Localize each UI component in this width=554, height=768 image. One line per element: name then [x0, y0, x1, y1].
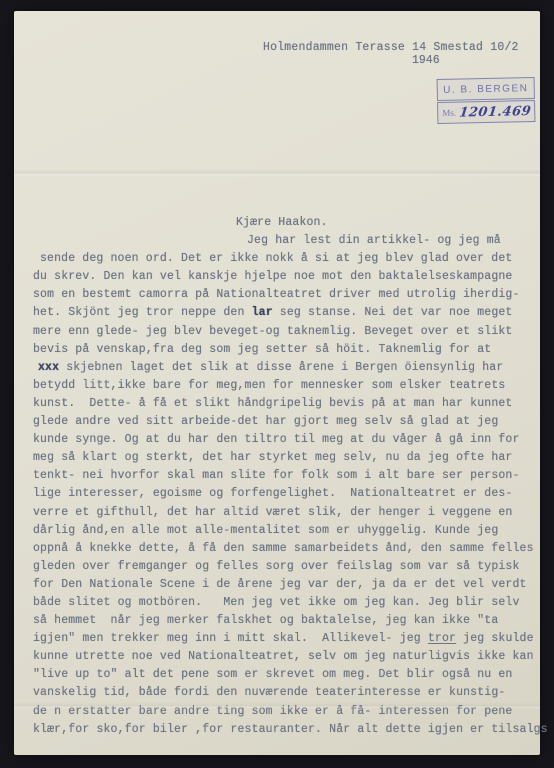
- letter-line-segment: verre et gifthull, det har altid været s…: [33, 506, 512, 519]
- letter-line-segment: kunne utrette noe ved Nationalteatret, s…: [33, 650, 534, 663]
- letter-line-segment: gleden over fremganger og felles sorg ov…: [33, 560, 520, 573]
- letter-line-segment: lige interesser, egoisme og forfengeligh…: [33, 487, 512, 500]
- letter-line: de n erstatter bare andre ting som ikke …: [33, 703, 528, 721]
- library-stamp: U. B. BERGEN Ms. 1201.469: [437, 77, 536, 124]
- stamp-ms-label: Ms.: [442, 108, 456, 118]
- letter-line-segment: skjebnen laget det slik at disse årene i…: [59, 361, 503, 374]
- letter-line-segment: mere enn glede- jeg blev beveget-og takn…: [33, 325, 512, 338]
- stamp-library-name: U. B. BERGEN: [443, 83, 528, 96]
- letter-line: kunde synge. Og at du har den tiltro til…: [33, 431, 528, 449]
- letter-line: igjen" men trekker meg inn i mitt skal. …: [33, 630, 528, 648]
- letter-line: gleden over fremganger og felles sorg ov…: [33, 558, 528, 576]
- letter-line-segment-underline: tror: [428, 632, 456, 645]
- letterhead-address: Holmendammen Terasse 14 Smestad 10/2: [263, 41, 519, 54]
- letter-line-segment: sende deg noen ord. Det er ikke nokk å s…: [40, 252, 512, 265]
- letter-line: glede andre ved sitt arbeide-det har gjo…: [33, 413, 528, 431]
- stamp-ms-box: Ms. 1201.469: [437, 100, 535, 124]
- letter-line-segment: både slitet og motbören. Men jeg vet ikk…: [33, 596, 520, 609]
- letter-line: lige interesser, egoisme og forfengeligh…: [33, 485, 528, 503]
- letter-line-segment: de n erstatter bare andre ting som ikke …: [33, 705, 512, 718]
- letter-line-segment: jeg skulde: [456, 632, 534, 645]
- stamp-ms-number: 1201.469: [458, 104, 532, 121]
- letter-line-segment: kunde synge. Og at du har den tiltro til…: [33, 433, 520, 446]
- letter-line-segment: dårlig ånd,en alle mot alle-mentalitet s…: [33, 524, 498, 537]
- letter-line-segment-bold: lar: [252, 306, 273, 319]
- scan-background: Holmendammen Terasse 14 Smestad 10/2 194…: [0, 0, 554, 768]
- letter-line: het. Skjönt jeg tror neppe den lar seg s…: [33, 304, 528, 322]
- letter-line: xxx skjebnen laget det slik at disse åre…: [33, 359, 528, 377]
- letter-line: for Den Nationale Scene i de årene jeg v…: [33, 576, 528, 594]
- letter-line-segment: for Den Nationale Scene i de årene jeg v…: [33, 578, 527, 591]
- letter-line: mere enn glede- jeg blev beveget-og takn…: [33, 323, 528, 341]
- letter-line: meg så klart og sterkt, det har styrket …: [33, 449, 528, 467]
- letter-line-segment: seg stanse. Nei det var noe meget: [273, 306, 513, 319]
- page-background: { "colors": { "background": "#16161c", "…: [0, 0, 554, 768]
- letter-line-segment: "live up to" alt det pene som er skrevet…: [33, 668, 512, 681]
- letter-line: "live up to" alt det pene som er skrevet…: [33, 666, 528, 684]
- letter-line: som en bestemt camorra på Nationalteatre…: [33, 286, 528, 304]
- letter-line: bevis på venskap,fra deg som jeg setter …: [33, 341, 528, 359]
- letter-line-segment: glede andre ved sitt arbeide-det har gjo…: [33, 415, 498, 428]
- letter-line-segment: vanskelig tid, både fordi den nuværende …: [33, 686, 505, 699]
- letter-line: både slitet og motbören. Men jeg vet ikk…: [33, 594, 528, 612]
- letter-line: tenkt- nei hvorfor skal man slite for fo…: [33, 467, 528, 485]
- letter-line: Jeg har lest din artikkel- og jeg må: [33, 232, 528, 250]
- letter-line-segment: meg så klart og sterkt, det har styrket …: [33, 451, 512, 464]
- letter-line-segment-bold: xxx: [38, 361, 59, 374]
- letter-line-segment: du skrev. Den kan vel kanskje hjelpe noe…: [33, 270, 512, 283]
- letter-line-segment: Kjære Haakon.: [236, 216, 328, 229]
- letter-line-segment: igjen" men trekker meg inn i mitt skal. …: [33, 632, 428, 645]
- letter-line-segment: klær,for sko,for biler ,for restauranter…: [33, 723, 548, 736]
- letter-body: Kjære Haakon.Jeg har lest din artikkel- …: [33, 214, 528, 739]
- letter-line: så hemmet når jeg merker falskhet og bak…: [33, 612, 528, 630]
- letter-line-segment: betydd litt,ikke bare for meg,men for me…: [33, 379, 505, 392]
- letter-line: du skrev. Den kan vel kanskje hjelpe noe…: [33, 268, 528, 286]
- letter-line-segment: tenkt- nei hvorfor skal man slite for fo…: [33, 469, 520, 482]
- letter-paper: Holmendammen Terasse 14 Smestad 10/2 194…: [14, 11, 540, 755]
- letter-line: verre et gifthull, det har altid været s…: [33, 504, 528, 522]
- letter-line-segment: kunst. Dette- å få et slikt håndgripelig…: [33, 397, 512, 410]
- letter-line: vanskelig tid, både fordi den nuværende …: [33, 684, 528, 702]
- letter-line-segment: som en bestemt camorra på Nationalteatre…: [33, 288, 520, 301]
- letter-line: sende deg noen ord. Det er ikke nokk å s…: [33, 250, 528, 268]
- letter-line: betydd litt,ikke bare for meg,men for me…: [33, 377, 528, 395]
- stamp-library-box: U. B. BERGEN: [437, 77, 535, 101]
- letter-line-segment: oppnå å knekke dette, å få den samme sam…: [33, 542, 534, 555]
- letter-line: oppnå å knekke dette, å få den samme sam…: [33, 540, 528, 558]
- letterhead-year: 1946: [412, 54, 440, 67]
- letter-line: kunne utrette noe ved Nationalteatret, s…: [33, 648, 528, 666]
- letter-line-segment: het. Skjönt jeg tror neppe den: [33, 306, 252, 319]
- letter-line: kunst. Dette- å få et slikt håndgripelig…: [33, 395, 528, 413]
- letter-line-segment: Jeg har lest din artikkel- og jeg må: [247, 234, 501, 247]
- letter-line: Kjære Haakon.: [33, 214, 528, 232]
- letter-line-segment: så hemmet når jeg merker falskhet og bak…: [33, 614, 498, 627]
- letter-line: dårlig ånd,en alle mot alle-mentalitet s…: [33, 522, 528, 540]
- letter-line: klær,for sko,for biler ,for restauranter…: [33, 721, 528, 739]
- letter-line-segment: bevis på venskap,fra deg som jeg setter …: [33, 343, 491, 356]
